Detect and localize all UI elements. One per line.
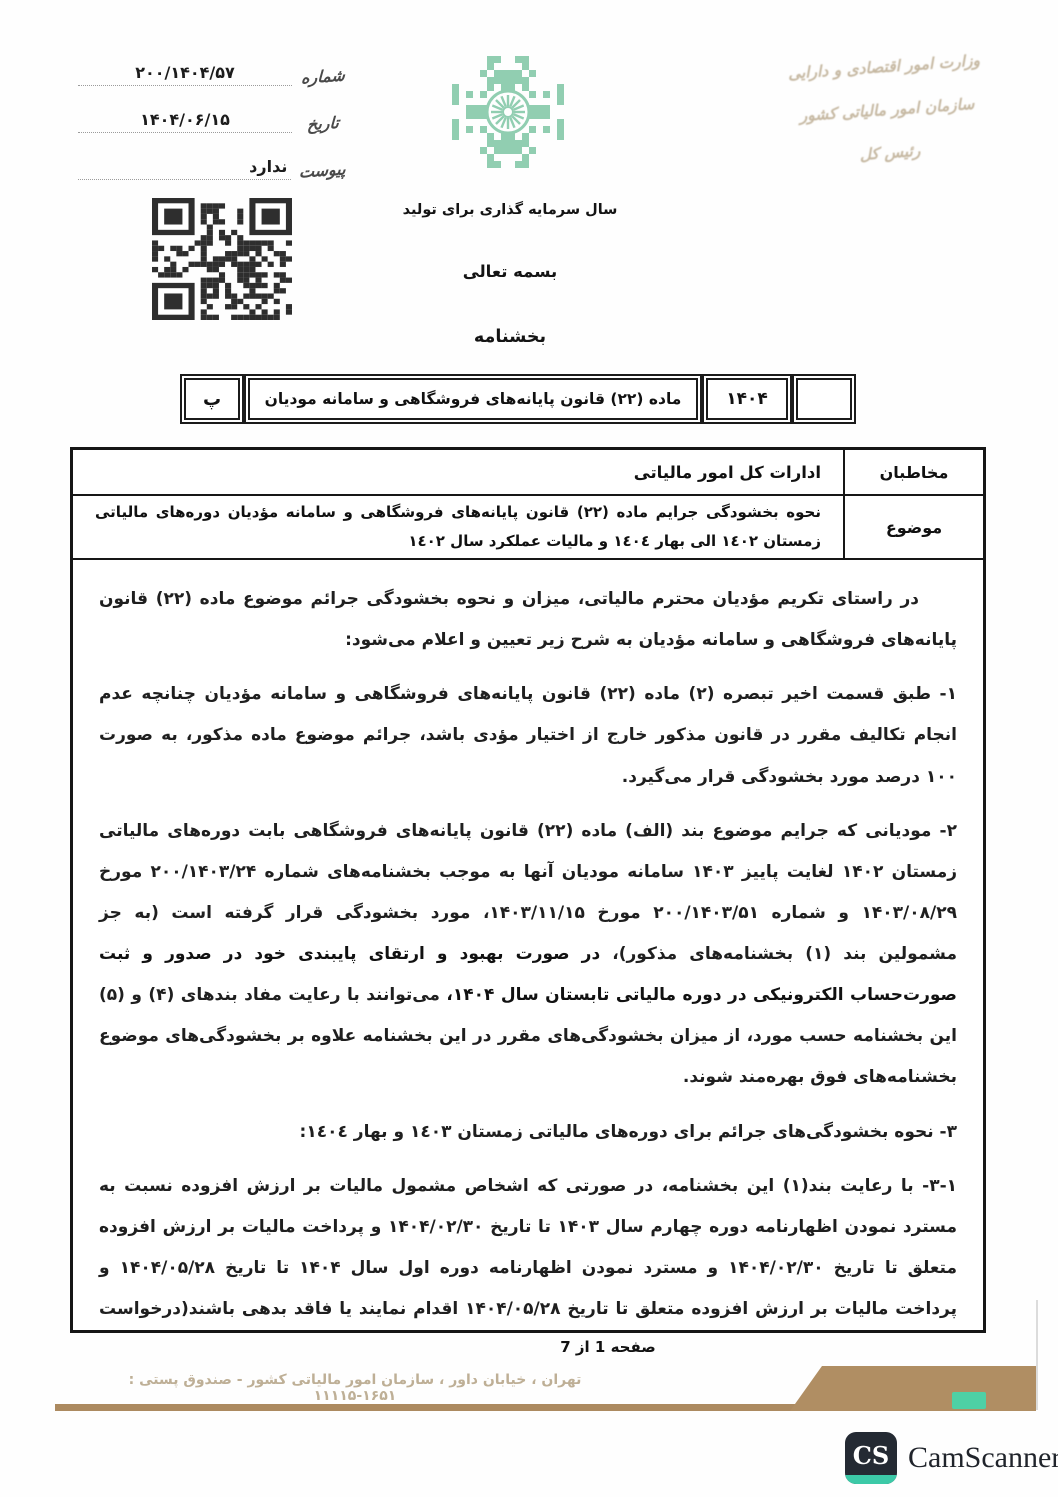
classification-reference-cell: ماده (۲۲) قانون پایانه‌های فروشگاهی و سا… (244, 374, 702, 424)
document-meta-block: شماره ۲۰۰/۱۴۰۴/۵۷ تاریخ ۱۴۰۴/۰۶/۱۵ پیوست… (78, 56, 346, 197)
attachment-label: پیوست (299, 159, 346, 181)
body-paragraph-2: ۲- مودیانی که جرایم موضوع بند (الف) ماده… (99, 811, 957, 1099)
scanned-document-page: شماره ۲۰۰/۱۴۰۴/۵۷ تاریخ ۱۴۰۴/۰۶/۱۵ پیوست… (0, 0, 1058, 1497)
classification-empty-cell (792, 374, 856, 424)
number-value: ۲۰۰/۱۴۰۴/۵۷ (78, 63, 292, 86)
addressee-row: مخاطبان ادارات کل امور مالیاتی (73, 450, 983, 496)
letter-body: در راستای تکریم مؤدیان محترم مالیاتی، می… (73, 560, 983, 1330)
qr-code-icon (152, 198, 292, 320)
letter-table: مخاطبان ادارات کل امور مالیاتی موضوع نحو… (70, 447, 986, 1333)
addressee-value-cell: ادارات کل امور مالیاتی (73, 450, 843, 494)
meta-date-row: تاریخ ۱۴۰۴/۰۶/۱۵ (78, 103, 346, 133)
camscanner-branding: CS CamScanner (845, 1432, 1058, 1484)
besmele-line: بسمه تعالی (340, 262, 680, 281)
camscanner-badge-text: CS (853, 1441, 889, 1470)
body-paragraph-3-1: ۳-۱- با رعایت بند(۱) این بخشنامه، در صور… (99, 1166, 957, 1330)
paragraph-2-part-a: ۲- مودیانی که جرایم موضوع بند (الف) ماده… (99, 821, 957, 964)
meta-attachment-row: پیوست ندارد (78, 150, 346, 180)
tax-organization-emblem-icon (452, 56, 564, 168)
subject-label-cell: موضوع (843, 496, 983, 558)
addressee-label-cell: مخاطبان (843, 450, 983, 494)
date-value: ۱۴۰۴/۰۶/۱۵ (78, 110, 292, 133)
body-paragraph-intro: در راستای تکریم مؤدیان محترم مالیاتی، می… (99, 579, 957, 661)
body-paragraph-3-heading: ۳- نحوه بخشودگی‌های جرائم برای دوره‌های … (99, 1112, 957, 1153)
scan-bottom-edge (55, 1404, 805, 1411)
document-type-title: بخشنامه (340, 327, 680, 347)
scan-teal-mark (952, 1392, 986, 1409)
scan-desk-corner (790, 1366, 1036, 1411)
year-slogan: سال سرمایه گذاری برای تولید (340, 202, 680, 218)
attachment-value: ندارد (78, 157, 291, 180)
subject-value-cell: نحوه بخشودگی جرایم ماده (۲۲) قانون پایان… (73, 496, 843, 558)
date-label: تاریخ (300, 112, 347, 134)
scan-right-edge (1036, 1300, 1038, 1410)
meta-number-row: شماره ۲۰۰/۱۴۰۴/۵۷ (78, 56, 346, 86)
number-label: شماره (300, 65, 347, 87)
camscanner-wordmark: CamScanner (908, 1441, 1058, 1475)
camscanner-icon: CS (845, 1432, 897, 1484)
classification-year-cell: ۱۴۰۴ (702, 374, 792, 424)
body-paragraph-1: ۱- طبق قسمت اخیر تبصره (۲) ماده (۲۲) قان… (99, 674, 957, 797)
letterhead-calligraphy: وزارت امور اقتصادی و دارایی سازمان امور … (748, 37, 1026, 185)
page-number: صفحه 1 از 7 (150, 1338, 1058, 1356)
classification-bar: ۱۴۰۴ ماده (۲۲) قانون پایانه‌های فروشگاهی… (180, 374, 856, 424)
camscanner-badge-bar (845, 1475, 897, 1484)
footer-address: تهران ، خیابان داور ، سازمان امور مالیات… (90, 1372, 620, 1404)
subject-row: موضوع نحوه بخشودگی جرایم ماده (۲۲) قانون… (73, 496, 983, 560)
classification-letter-cell: پ (180, 374, 244, 424)
